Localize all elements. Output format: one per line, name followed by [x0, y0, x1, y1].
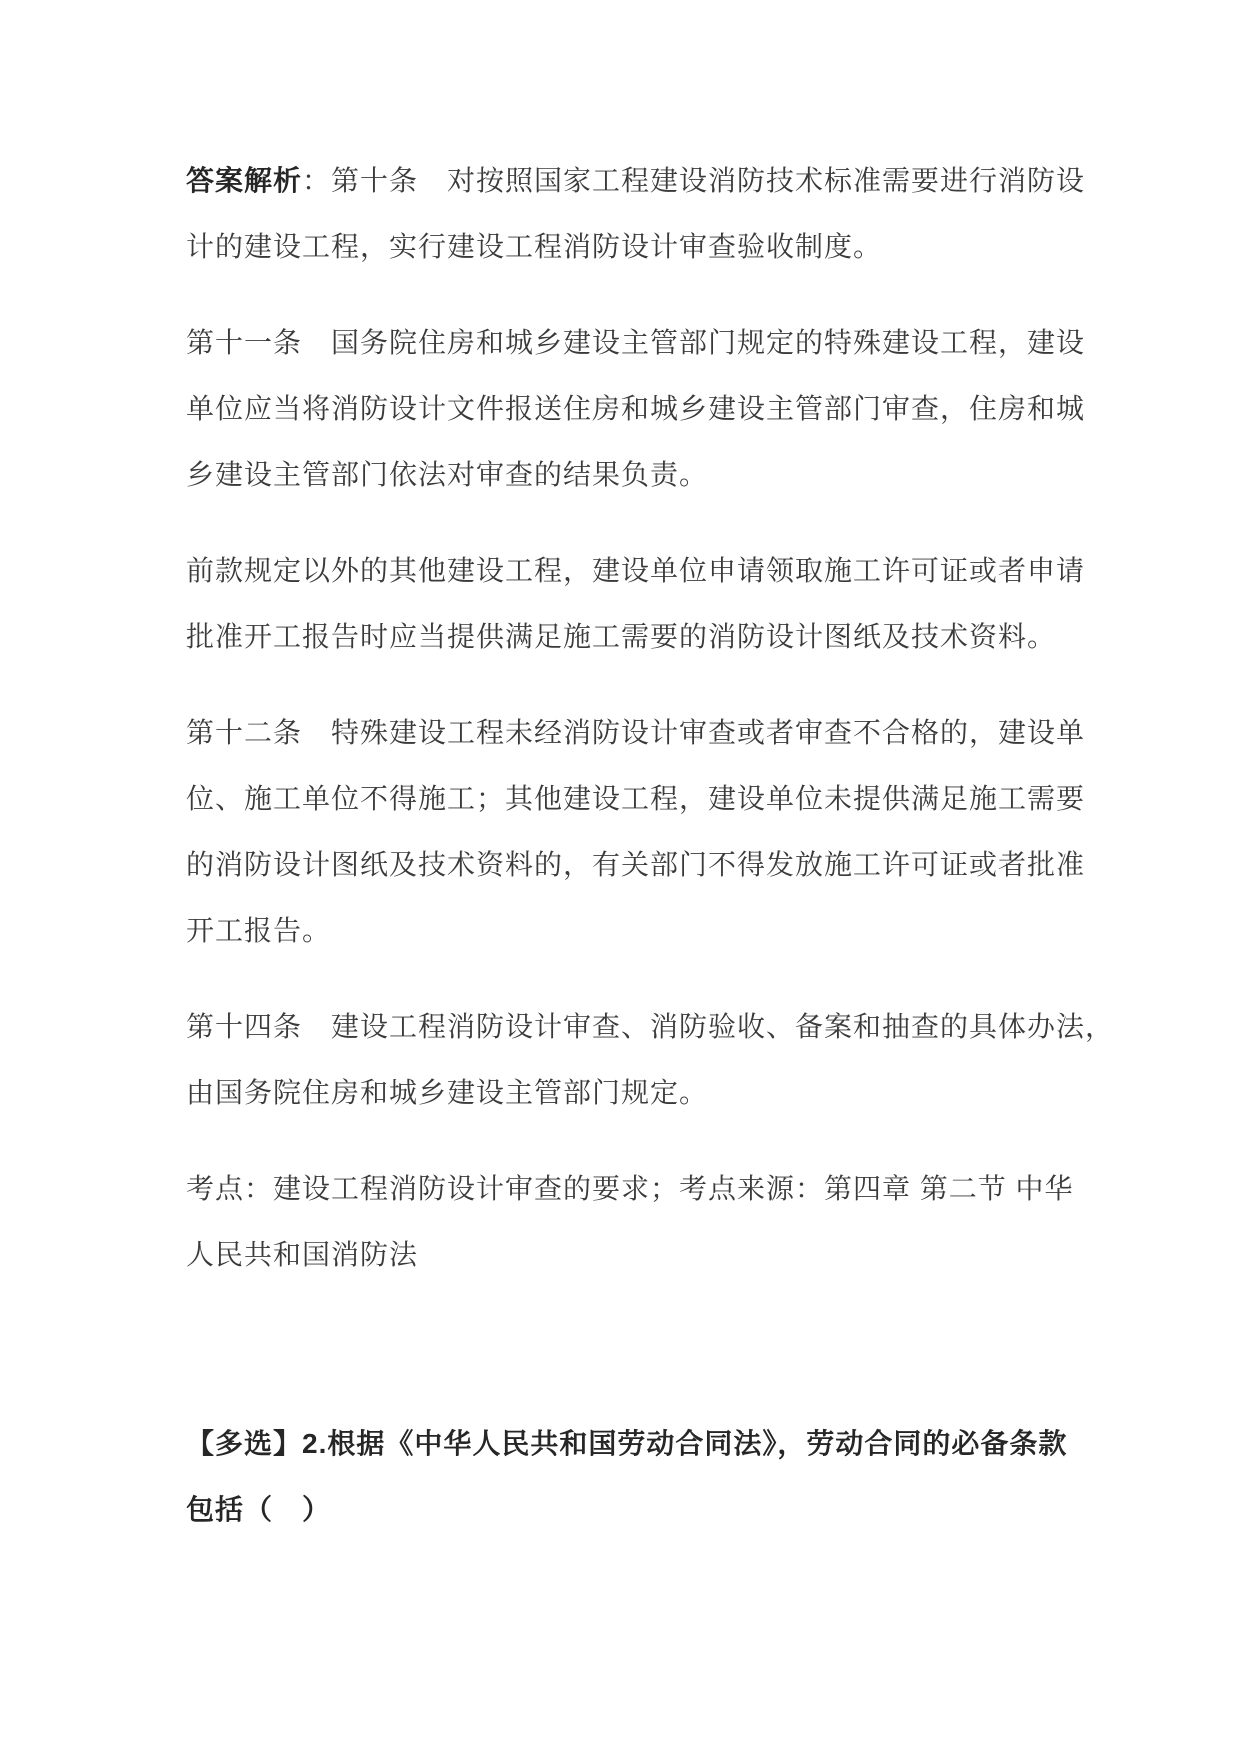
text-line: 第十四条 建设工程消防设计审查、消防验收、备案和抽查的具体办法， — [186, 994, 1066, 1060]
bold-lead-text: 答案解析 — [186, 165, 302, 196]
document-body: 答案解析：第十条 对按照国家工程建设消防技术标准需要进行消防设计的建设工程，实行… — [186, 148, 1066, 1573]
text-line: 由国务院住房和城乡建设主管部门规定。 — [186, 1060, 1066, 1126]
text-line: 第十一条 国务院住房和城乡建设主管部门规定的特殊建设工程，建设 — [186, 310, 1066, 376]
text-line: 考点：建设工程消防设计审查的要求；考点来源：第四章 第二节 中华 — [186, 1156, 1066, 1222]
text-line: 第十二条 特殊建设工程未经消防设计审查或者审查不合格的，建设单 — [186, 700, 1066, 766]
text-line: 计的建设工程，实行建设工程消防设计审查验收制度。 — [186, 214, 1066, 280]
article-11-paragraph: 第十一条 国务院住房和城乡建设主管部门规定的特殊建设工程，建设单位应当将消防设计… — [186, 310, 1066, 508]
text-line: 开工报告。 — [186, 898, 1066, 964]
text-line: 前款规定以外的其他建设工程，建设单位申请领取施工许可证或者申请 — [186, 538, 1066, 604]
article-14-paragraph: 第十四条 建设工程消防设计审查、消防验收、备案和抽查的具体办法，由国务院住房和城… — [186, 994, 1066, 1126]
text-line: 单位应当将消防设计文件报送住房和城乡建设主管部门审查，住房和城 — [186, 376, 1066, 442]
text-line: 答案解析：第十条 对按照国家工程建设消防技术标准需要进行消防设 — [186, 148, 1066, 214]
text-line: 乡建设主管部门依法对审查的结果负责。 — [186, 442, 1066, 508]
article-12-paragraph: 第十二条 特殊建设工程未经消防设计审查或者审查不合格的，建设单位、施工单位不得施… — [186, 700, 1066, 964]
text-line: 批准开工报告时应当提供满足施工需要的消防设计图纸及技术资料。 — [186, 604, 1066, 670]
question-paragraph: 【多选】2.根据《中华人民共和国劳动合同法》，劳动合同的必备条款包括（ ） — [186, 1411, 1066, 1543]
text-line: 【多选】2.根据《中华人民共和国劳动合同法》，劳动合同的必备条款 — [186, 1411, 1066, 1477]
text-line: 位、施工单位不得施工；其他建设工程，建设单位未提供满足施工需要 — [186, 766, 1066, 832]
text-line: 人民共和国消防法 — [186, 1222, 1066, 1288]
answer-analysis-paragraph: 答案解析：第十条 对按照国家工程建设消防技术标准需要进行消防设计的建设工程，实行… — [186, 148, 1066, 280]
article-11-continuation-paragraph: 前款规定以外的其他建设工程，建设单位申请领取施工许可证或者申请批准开工报告时应当… — [186, 538, 1066, 670]
text-line: 包括（ ） — [186, 1477, 1066, 1543]
exam-point-paragraph: 考点：建设工程消防设计审查的要求；考点来源：第四章 第二节 中华人民共和国消防法 — [186, 1156, 1066, 1288]
text-line: 的消防设计图纸及技术资料的，有关部门不得发放施工许可证或者批准 — [186, 832, 1066, 898]
